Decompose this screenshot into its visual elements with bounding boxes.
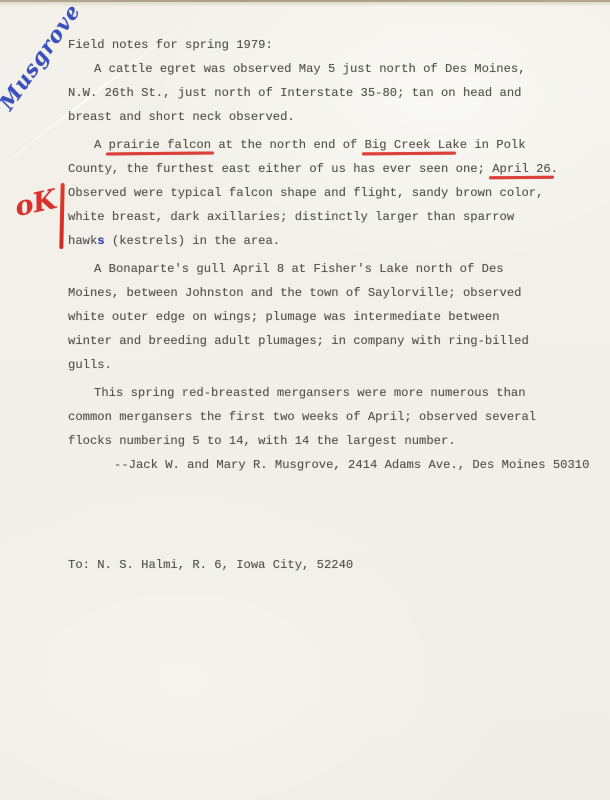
red-margin-bracket-line [59, 183, 64, 249]
typed-line: N.W. 26th St., just north of Interstate … [68, 81, 580, 105]
typed-text: breast and short neck observed. [68, 110, 295, 124]
typed-text: N.W. 26th St., just north of Interstate … [68, 86, 521, 100]
typed-text: (kestrels) in the area. [105, 234, 281, 248]
paragraphs: A cattle egret was observed May 5 just n… [68, 57, 580, 453]
typed-line: County, the furthest east either of us h… [68, 157, 580, 181]
red-underlined-text: April 26 [492, 162, 551, 176]
typed-text: A [94, 138, 109, 152]
typed-line: white breast, dark axillaries; distinctl… [68, 205, 580, 229]
paragraph: A prairie falcon at the north end of Big… [68, 133, 580, 253]
typed-text: gulls. [68, 358, 112, 372]
typed-text: winter and breeding adult plumages; in c… [68, 334, 529, 348]
typed-line: winter and breeding adult plumages; in c… [68, 329, 580, 353]
typed-text: A cattle egret was observed May 5 just n… [94, 62, 526, 76]
typed-line: breast and short neck observed. [68, 105, 580, 129]
typed-text: County, the furthest east either of us h… [68, 162, 492, 176]
typed-line: hawks (kestrels) in the area. [68, 229, 580, 253]
typed-line: gulls. [68, 353, 580, 377]
typed-text: This spring red-breasted mergansers were… [94, 386, 526, 400]
typed-line: This spring red-breasted mergansers were… [68, 381, 580, 405]
typed-line: Observed were typical falcon shape and f… [68, 181, 580, 205]
scanned-letter-paper: Musgrove oK Field notes for spring 1979:… [0, 0, 610, 800]
typed-text: common mergansers the first two weeks of… [68, 410, 536, 424]
typed-text: hawk [68, 234, 97, 248]
typed-line: common mergansers the first two weeks of… [68, 405, 580, 429]
footer-address-line: To: N. S. Halmi, R. 6, Iowa City, 52240 [68, 553, 580, 577]
blue-ink-correction: s [97, 234, 104, 248]
typed-text: Observed were typical falcon shape and f… [68, 186, 543, 200]
typed-text: white breast, dark axillaries; distinctl… [68, 210, 514, 224]
red-underlined-text: Big Creek La [365, 138, 453, 152]
typed-text: . [551, 162, 558, 176]
typed-line: flocks numbering 5 to 14, with 14 the la… [68, 429, 580, 453]
paper-top-edge-shadow [0, 2, 610, 7]
typed-text: ke in Polk [452, 138, 525, 152]
typed-line: A prairie falcon at the north end of Big… [68, 133, 580, 157]
typed-heading: Field notes for spring 1979: [68, 33, 580, 57]
typed-text: A Bonaparte's gull April 8 at Fisher's L… [94, 262, 504, 276]
red-underlined-text: prairie falcon [109, 138, 211, 152]
typed-text: at the north end of [211, 138, 365, 152]
typed-letter-body: Field notes for spring 1979: A cattle eg… [68, 33, 580, 577]
paragraph: A cattle egret was observed May 5 just n… [68, 57, 580, 129]
typed-line: A Bonaparte's gull April 8 at Fisher's L… [68, 257, 580, 281]
handwritten-ok-annotation: oK [12, 184, 59, 223]
typed-text: Moines, between Johnston and the town of… [68, 286, 521, 300]
typed-line: Moines, between Johnston and the town of… [68, 281, 580, 305]
typed-text: flocks numbering 5 to 14, with 14 the la… [68, 434, 456, 448]
paragraph: This spring red-breasted mergansers were… [68, 381, 580, 453]
typed-line: white outer edge on wings; plumage was i… [68, 305, 580, 329]
typed-line: A cattle egret was observed May 5 just n… [68, 57, 580, 81]
typed-text: white outer edge on wings; plumage was i… [68, 310, 500, 324]
paragraph: A Bonaparte's gull April 8 at Fisher's L… [68, 257, 580, 377]
signature-line: --Jack W. and Mary R. Musgrove, 2414 Ada… [114, 453, 580, 477]
